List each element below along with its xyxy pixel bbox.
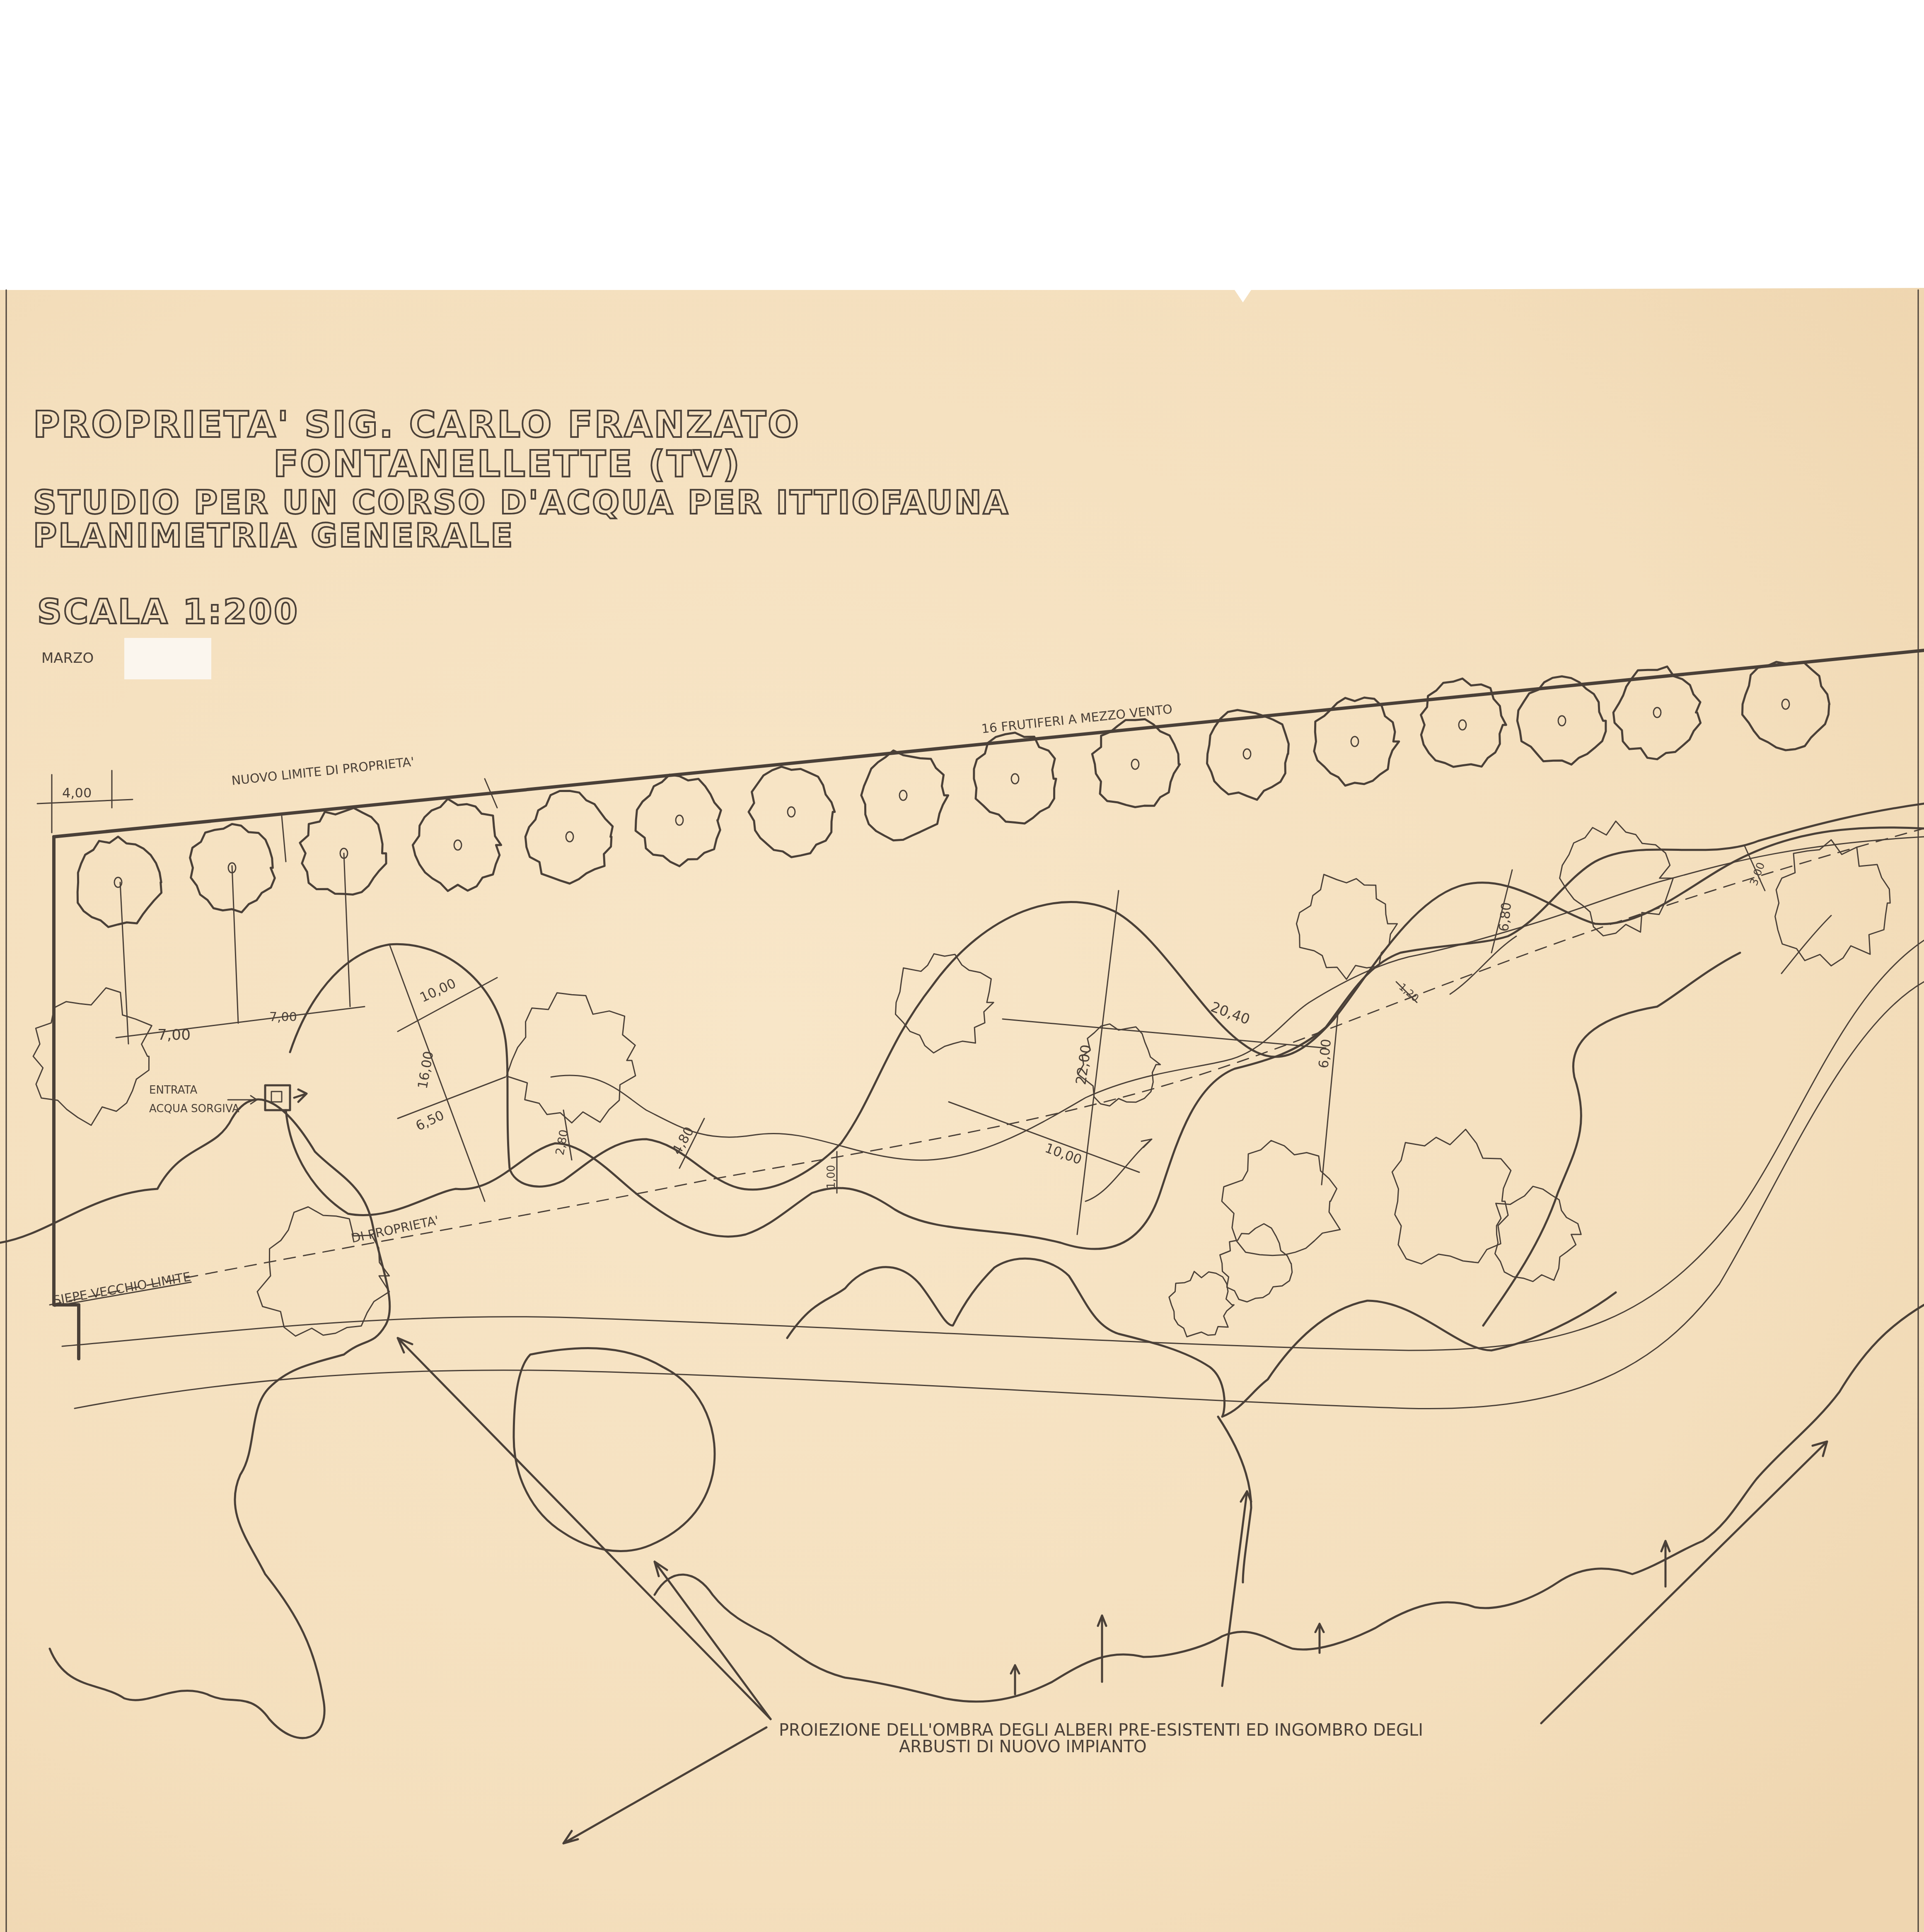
dim-4-00: 4,00 — [62, 785, 92, 801]
title-line-2: FONTANELLETTE (TV) — [273, 442, 741, 485]
title-line-3: STUDIO PER UN CORSO D'ACQUA PER ITTIOFAU… — [33, 484, 1010, 522]
drawing-sheet: PROPRIETA' SIG. CARLO FRANZATO FONTANELL… — [0, 0, 1924, 1932]
dim-6-80: 6,80 — [1496, 901, 1514, 932]
entrance-label-2: ACQUA SORGIVA — [149, 1103, 239, 1115]
scale-label: SCALA 1:200 — [37, 592, 299, 632]
title-line-4: PLANIMETRIA GENERALE — [33, 517, 515, 555]
entrance-label-1: ENTRATA — [149, 1084, 197, 1096]
dim-7-00-a: 7,00 — [157, 1026, 191, 1043]
dim-7-00-b: 7,00 — [269, 1010, 297, 1024]
caption-line-2: ARBUSTI DI NUOVO IMPIANTO — [899, 1737, 1147, 1756]
date-label: MARZO — [41, 650, 94, 667]
date-redaction-patch — [124, 638, 211, 679]
dim-6-00: 6,00 — [1315, 1038, 1334, 1069]
dim-1-00: 1,00 — [825, 1165, 838, 1189]
title-line-1: PROPRIETA' SIG. CARLO FRANZATO — [33, 403, 800, 446]
